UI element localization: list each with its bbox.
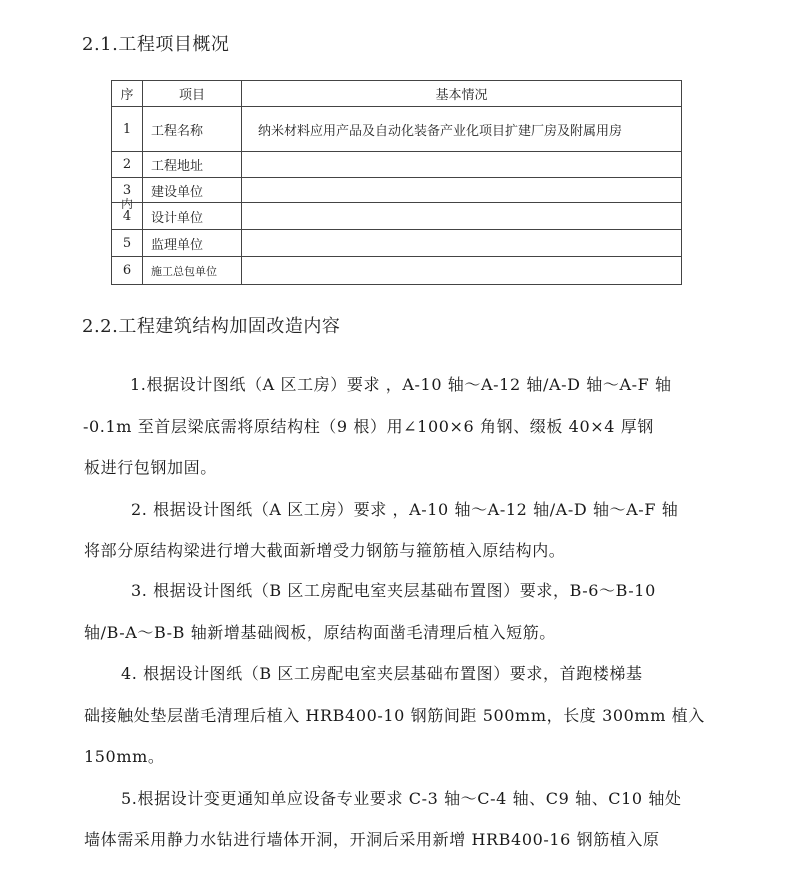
row-item: 施工总包单位 xyxy=(143,257,242,285)
row-number-cell: 内 4 xyxy=(112,203,143,230)
overlapping-stray-char: 内 xyxy=(121,195,133,212)
row-number: 6 xyxy=(112,257,143,285)
table-row: 6 施工总包单位 xyxy=(112,257,682,285)
row-value xyxy=(242,152,682,178)
table-row: 5 监理单位 xyxy=(112,230,682,257)
row-value xyxy=(242,178,682,203)
row-item: 监理单位 xyxy=(143,230,242,257)
row-number: 2 xyxy=(112,152,143,178)
header-seq: 序 xyxy=(112,81,143,107)
row-value xyxy=(242,257,682,285)
row-value xyxy=(242,203,682,230)
table-row: 3 建设单位 xyxy=(112,178,682,203)
paragraph-5-line-1: 5.根据设计变更通知单应设备专业要求 C-3 轴～C-4 轴、C9 轴、C10 … xyxy=(121,786,682,809)
table-row: 1 工程名称 纳米材料应用产品及自动化装备产业化项目扩建厂房及附属用房 xyxy=(112,107,682,152)
header-basic-info: 基本情况 xyxy=(242,81,682,107)
paragraph-1-line-2: -0.1m 至首层梁底需将原结构柱（9 根）用∠100×6 角钢、缀板 40×4… xyxy=(83,414,654,437)
paragraph-2-line-2: 将部分原结构梁进行增大截面新增受力钢筋与箍筋植入原结构内。 xyxy=(84,538,565,561)
row-item: 建设单位 xyxy=(143,178,242,203)
row-number: 5 xyxy=(112,230,143,257)
paragraph-5-line-2: 墙体需采用静力水钻进行墙体开洞，开洞后采用新增 HRB400-16 钢筋植入原 xyxy=(84,827,660,850)
row-value xyxy=(242,230,682,257)
header-item: 项目 xyxy=(143,81,242,107)
row-value: 纳米材料应用产品及自动化装备产业化项目扩建厂房及附属用房 xyxy=(242,107,682,152)
paragraph-1-line-1: 1.根据设计图纸（A 区工房）要求 ，A-10 轴～A-12 轴/A-D 轴～A… xyxy=(130,372,672,395)
table-header-row: 序 项目 基本情况 xyxy=(112,81,682,107)
paragraph-1-line-3: 板进行包钢加固。 xyxy=(84,455,217,478)
paragraph-4-line-2: 础接触处垫层凿毛清理后植入 HRB400-10 钢筋间距 500mm，长度 30… xyxy=(84,703,705,726)
section-heading-reinforcement-content: 2.2.工程建筑结构加固改造内容 xyxy=(82,312,340,338)
paragraph-4-line-1: 4. 根据设计图纸（B 区工房配电室夹层基础布置图）要求，首跑楼梯基 xyxy=(121,661,643,684)
project-overview-table: 序 项目 基本情况 1 工程名称 纳米材料应用产品及自动化装备产业化项目扩建厂房… xyxy=(111,80,682,285)
paragraph-2-line-1: 2. 根据设计图纸（A 区工房）要求 ，A-10 轴～A-12 轴/A-D 轴～… xyxy=(131,497,678,520)
row-number: 1 xyxy=(112,107,143,152)
row-item: 工程地址 xyxy=(143,152,242,178)
paragraph-3-line-1: 3. 根据设计图纸（B 区工房配电室夹层基础布置图）要求，B-6～B-10 xyxy=(131,578,656,601)
row-item: 工程名称 xyxy=(143,107,242,152)
paragraph-4-line-3: 150mm。 xyxy=(84,744,164,767)
table-row: 2 工程地址 xyxy=(112,152,682,178)
paragraph-3-line-2: 轴/B-A～B-B 轴新增基础阀板，原结构面凿毛清理后植入短筋。 xyxy=(84,620,556,643)
row-item: 设计单位 xyxy=(143,203,242,230)
table-row: 内 4 设计单位 xyxy=(112,203,682,230)
section-heading-project-overview: 2.1.工程项目概况 xyxy=(82,30,229,56)
